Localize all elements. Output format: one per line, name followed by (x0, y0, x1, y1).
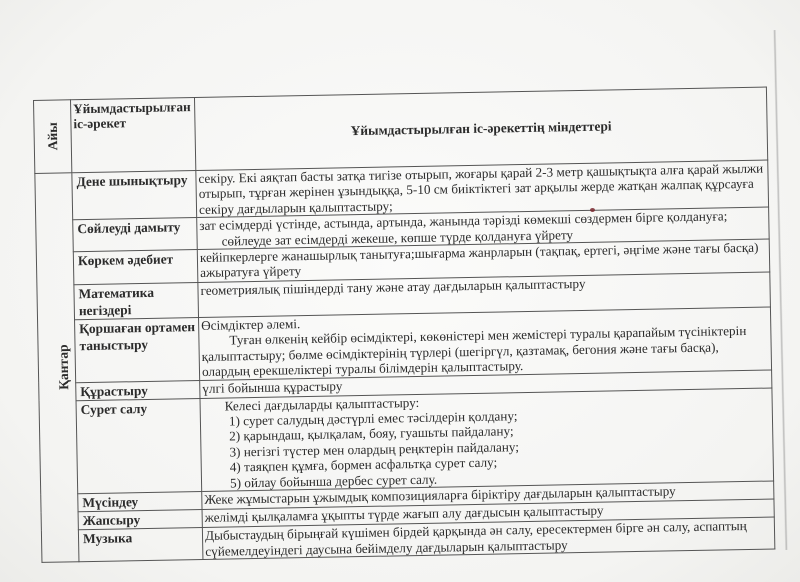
activity-cell: Қоршаған ортамен таныстыру (75, 318, 200, 383)
activity-cell: Математика негіздері (74, 283, 199, 320)
table-row: Сурет салу Келесі дағдыларды қалыптастыр… (39, 388, 774, 495)
page-edge-shadow (773, 30, 788, 550)
activity-cell: Құрастыру (76, 380, 200, 400)
scan-artifact-dot (590, 208, 595, 212)
activity-cell: Жапсыру (78, 510, 202, 530)
activity-cell: Көркем әдебиет (73, 250, 198, 285)
curriculum-plan: Айы Ұйымдастырылған іс-әрекет Ұйымдастыр… (33, 87, 774, 563)
header-month: Айы (34, 100, 72, 174)
activity-cell: Музыка (78, 528, 203, 562)
activity-cell: Мүсіндеу (78, 492, 202, 512)
tasks-cell: Өсімдіктер әлемі. Туған өлкенің кейбір ө… (199, 307, 772, 380)
activity-cell: Дене шынықтыру (72, 171, 197, 220)
tasks-cell: Келесі дағдыларды қалыптастыру: 1) сурет… (200, 388, 774, 492)
plan-table: Айы Ұйымдастырылған іс-әрекет Ұйымдастыр… (33, 87, 775, 563)
month-label: Қантар (55, 345, 71, 391)
activity-cell: Сөйлеуді дамыту (73, 218, 198, 252)
header-activity: Ұйымдастырылған іс-әрекет (71, 98, 196, 173)
scanned-page: Айы Ұйымдастырылған іс-әрекет Ұйымдастыр… (0, 0, 800, 582)
header-tasks: Ұйымдастырылған іс-әрекеттің міндеттері (194, 87, 767, 170)
table-header-row: Айы Ұйымдастырылған іс-әрекет Ұйымдастыр… (34, 87, 768, 173)
header-month-label: Айы (45, 122, 61, 150)
activity-cell: Сурет салу (76, 398, 202, 494)
